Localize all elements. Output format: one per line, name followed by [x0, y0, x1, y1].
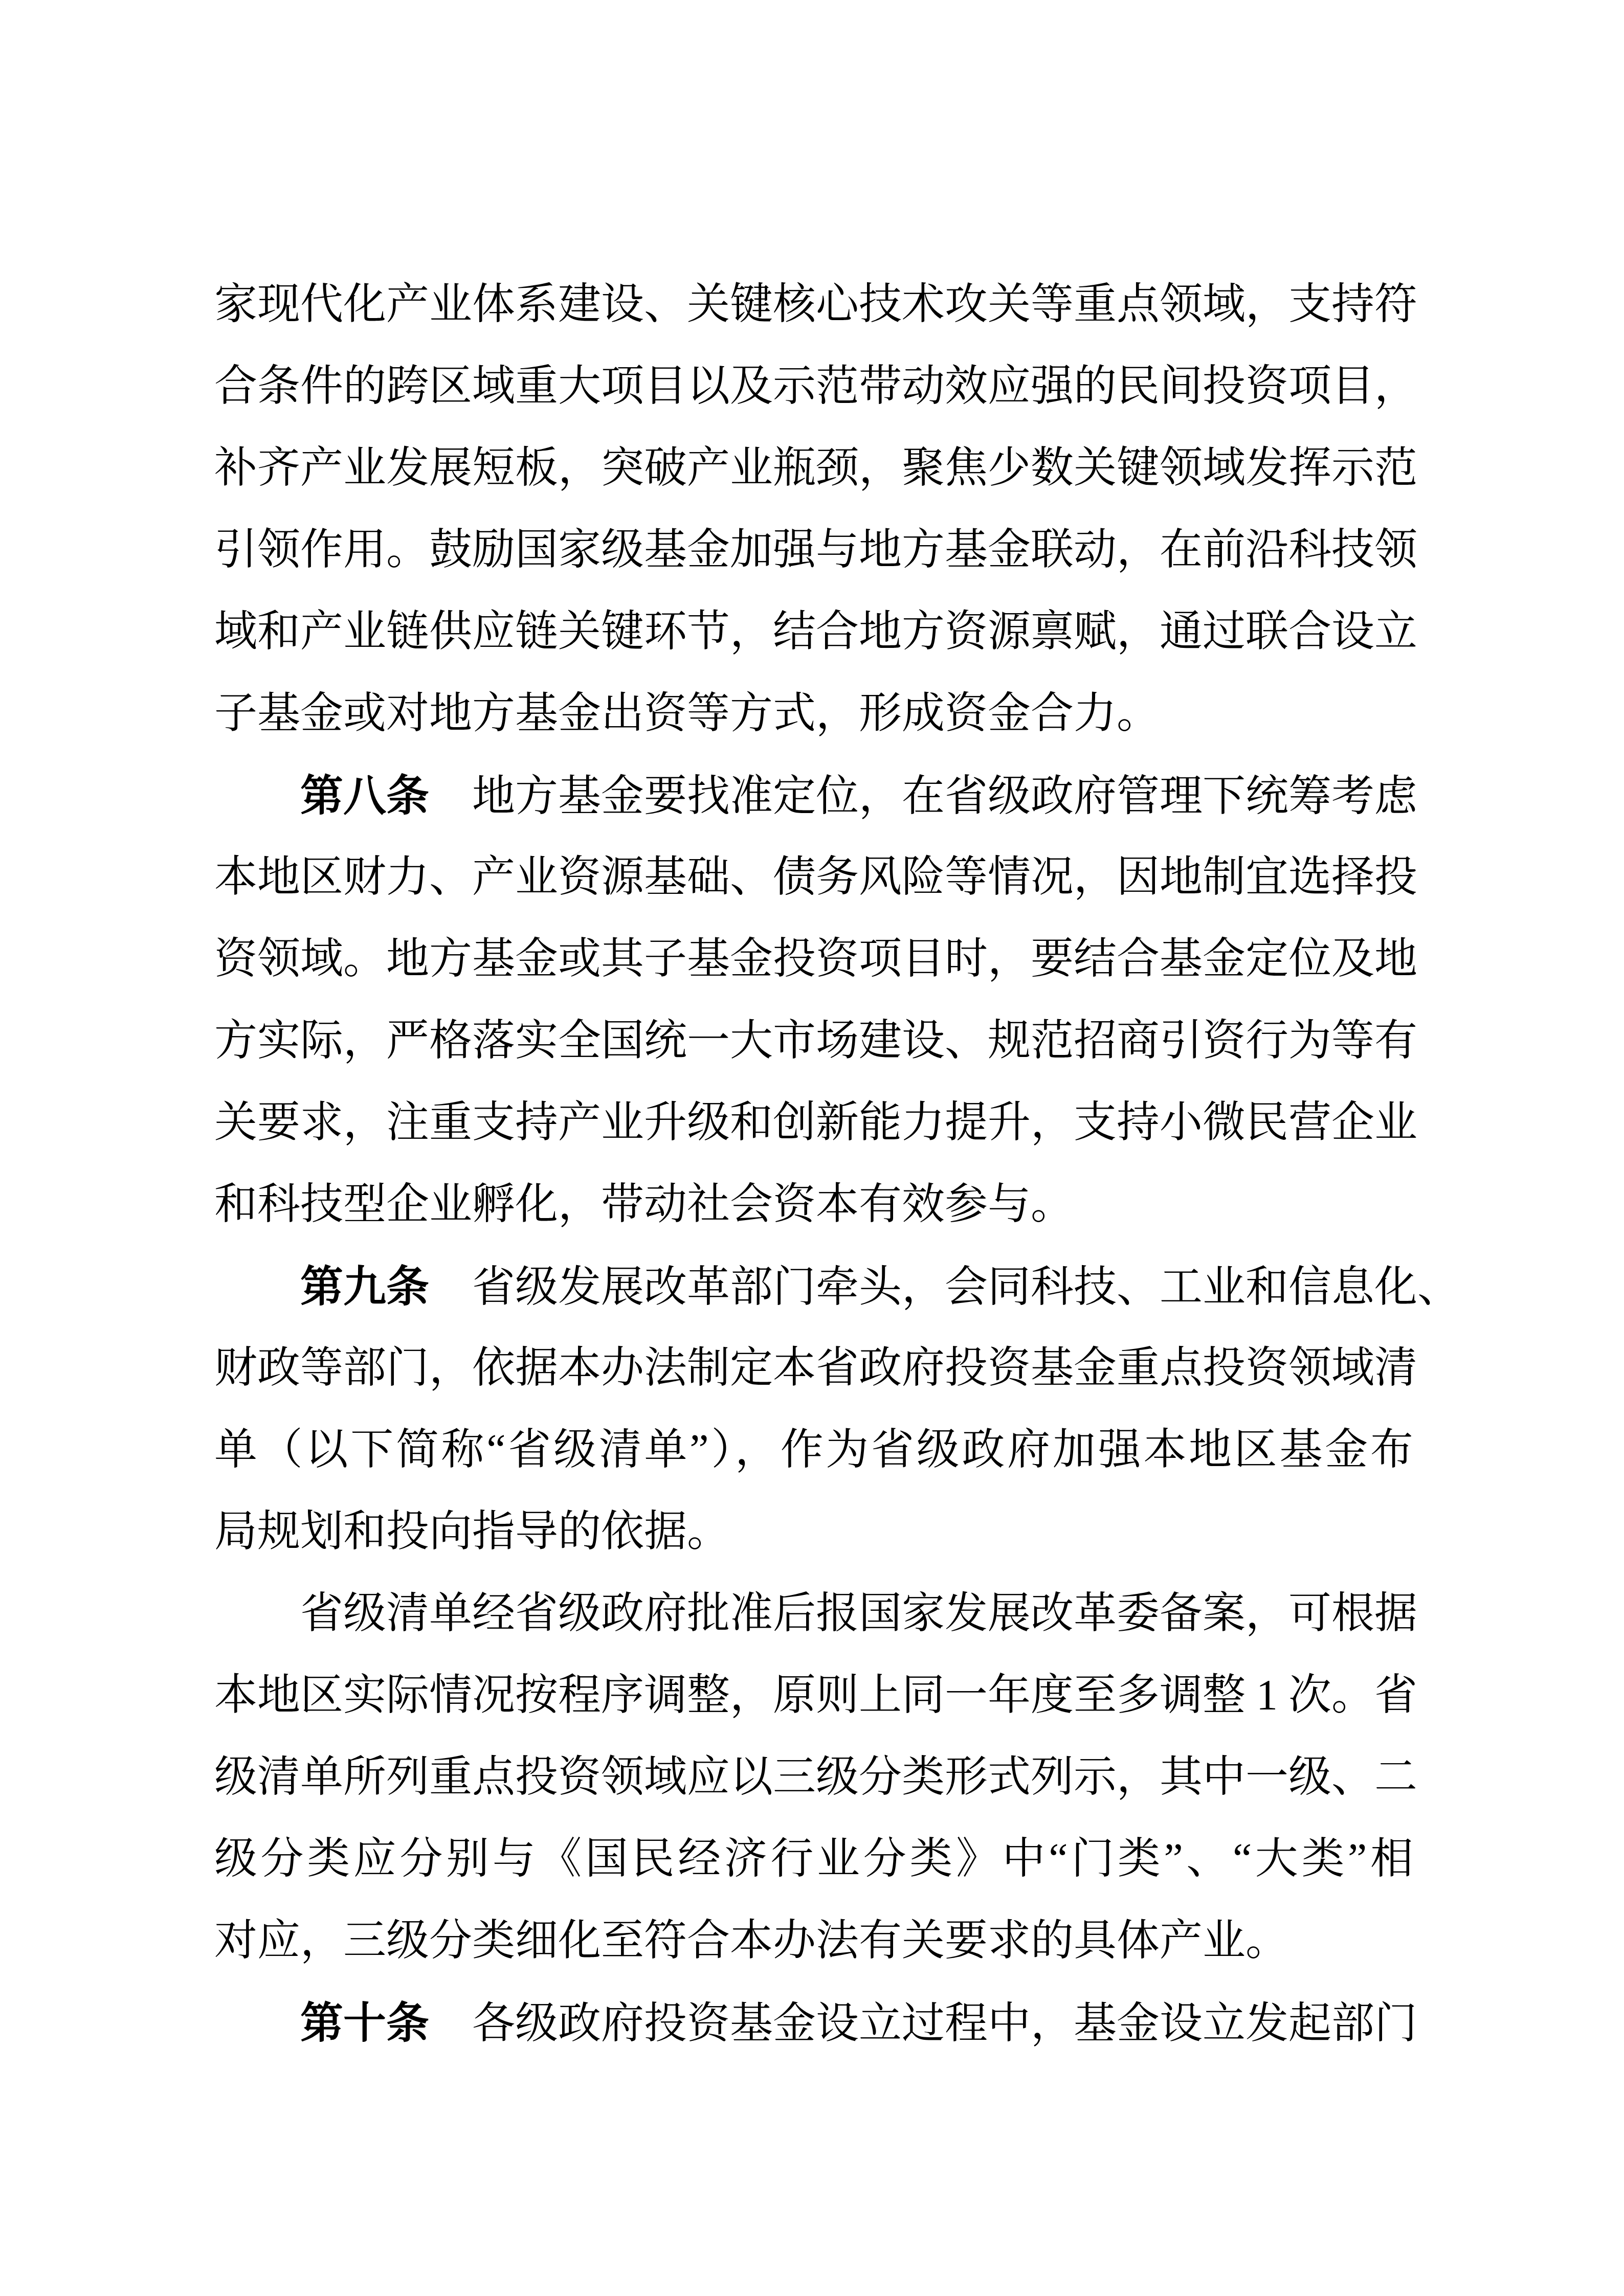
text-line: 省级清单经省级政府批准后报国家发展改革委备案，可根据 — [214, 1573, 1413, 1655]
line-text: 关要求，注重支持产业升级和创新能力提升，支持小微民营企业 — [214, 1099, 1417, 1146]
text-line: 第九条省级发展改革部门牵头，会同科技、工业和信息化、 — [214, 1246, 1413, 1327]
article-number-label: 第十条 — [300, 1999, 429, 2047]
text-line: 资领域。地方基金或其子基金投资项目时，要结合基金定位及地 — [214, 918, 1413, 1000]
text-line: 本地区实际情况按程序调整，原则上同一年度至多调整 1 次。省 — [214, 1655, 1413, 1737]
text-line: 第十条各级政府投资基金设立过程中，基金设立发起部门 — [214, 1982, 1413, 2064]
text-line: 补齐产业发展短板，突破产业瓶颈，聚焦少数关键领域发挥示范 — [214, 427, 1413, 509]
text-line: 级清单所列重点投资领域应以三级分类形式列示，其中一级、二 — [214, 1737, 1413, 1818]
line-text: 家现代化产业体系建设、关键核心技术攻关等重点领域，支持符 — [214, 281, 1417, 328]
line-text: 本地区财力、产业资源基础、债务风险等情况，因地制宜选择投 — [214, 853, 1417, 901]
text-line: 第八条地方基金要找准定位，在省级政府管理下统筹考虑 — [214, 755, 1413, 837]
line-text: 合条件的跨区域重大项目以及示范带动效应强的民间投资项目， — [214, 363, 1417, 410]
line-text: 对应，三级分类细化至符合本办法有关要求的具体产业。 — [214, 1917, 1288, 1965]
article-number-label: 第八条 — [300, 772, 429, 820]
text-line: 级分类应分别与《国民经济行业分类》中“门类”、“大类”相 — [214, 1818, 1413, 1900]
line-text: 省级发展改革部门牵头，会同科技、工业和信息化、 — [472, 1264, 1460, 1311]
line-text: 本地区实际情况按程序调整，原则上同一年度至多调整 1 次。省 — [214, 1672, 1417, 1719]
text-line: 关要求，注重支持产业升级和创新能力提升，支持小微民营企业 — [214, 1082, 1413, 1164]
line-text: 级清单所列重点投资领域应以三级分类形式列示，其中一级、二 — [214, 1753, 1417, 1801]
text-line: 域和产业链供应链关键环节，结合地方资源禀赋，通过联合设立 — [214, 591, 1413, 673]
line-text: 省级清单经省级政府批准后报国家发展改革委备案，可根据 — [300, 1590, 1417, 1637]
document-body: 家现代化产业体系建设、关键核心技术攻关等重点领域，支持符合条件的跨区域重大项目以… — [214, 264, 1413, 2064]
article-number-label: 第九条 — [300, 1263, 429, 1311]
line-text: 方实际，严格落实全国统一大市场建设、规范招商引资行为等有 — [214, 1017, 1417, 1065]
document-page: 家现代化产业体系建设、关键核心技术攻关等重点领域，支持符合条件的跨区域重大项目以… — [0, 0, 1624, 2296]
text-line: 对应，三级分类细化至符合本办法有关要求的具体产业。 — [214, 1900, 1413, 1982]
line-text: 域和产业链供应链关键环节，结合地方资源禀赋，通过联合设立 — [214, 608, 1417, 656]
text-line: 财政等部门，依据本办法制定本省政府投资基金重点投资领域清 — [214, 1327, 1413, 1409]
text-line: 单（以下简称“省级清单”），作为省级政府加强本地区基金布 — [214, 1409, 1413, 1491]
line-text: 地方基金要找准定位，在省级政府管理下统筹考虑 — [472, 773, 1417, 820]
line-text: 补齐产业发展短板，突破产业瓶颈，聚焦少数关键领域发挥示范 — [214, 444, 1417, 492]
text-line: 和科技型企业孵化，带动社会资本有效参与。 — [214, 1164, 1413, 1246]
line-text: 财政等部门，依据本办法制定本省政府投资基金重点投资领域清 — [214, 1344, 1417, 1392]
line-text: 级分类应分别与《国民经济行业分类》中“门类”、“大类”相 — [214, 1835, 1413, 1883]
text-line: 本地区财力、产业资源基础、债务风险等情况，因地制宜选择投 — [214, 837, 1413, 918]
text-line: 家现代化产业体系建设、关键核心技术攻关等重点领域，支持符 — [214, 264, 1413, 346]
text-line: 方实际，严格落实全国统一大市场建设、规范招商引资行为等有 — [214, 1000, 1413, 1082]
line-text: 局规划和投向指导的依据。 — [214, 1508, 730, 1556]
text-line: 局规划和投向指导的依据。 — [214, 1491, 1413, 1573]
line-text: 引领作用。鼓励国家级基金加强与地方基金联动，在前沿科技领 — [214, 526, 1417, 574]
text-line: 子基金或对地方基金出资等方式，形成资金合力。 — [214, 673, 1413, 755]
line-text: 单（以下简称“省级清单”），作为省级政府加强本地区基金布 — [214, 1426, 1413, 1474]
line-text: 资领域。地方基金或其子基金投资项目时，要结合基金定位及地 — [214, 935, 1417, 983]
text-line: 引领作用。鼓励国家级基金加强与地方基金联动，在前沿科技领 — [214, 509, 1413, 591]
line-text: 子基金或对地方基金出资等方式，形成资金合力。 — [214, 690, 1160, 737]
line-text: 各级政府投资基金设立过程中，基金设立发起部门 — [472, 2000, 1417, 2047]
line-text: 和科技型企业孵化，带动社会资本有效参与。 — [214, 1181, 1074, 1228]
text-line: 合条件的跨区域重大项目以及示范带动效应强的民间投资项目， — [214, 346, 1413, 427]
